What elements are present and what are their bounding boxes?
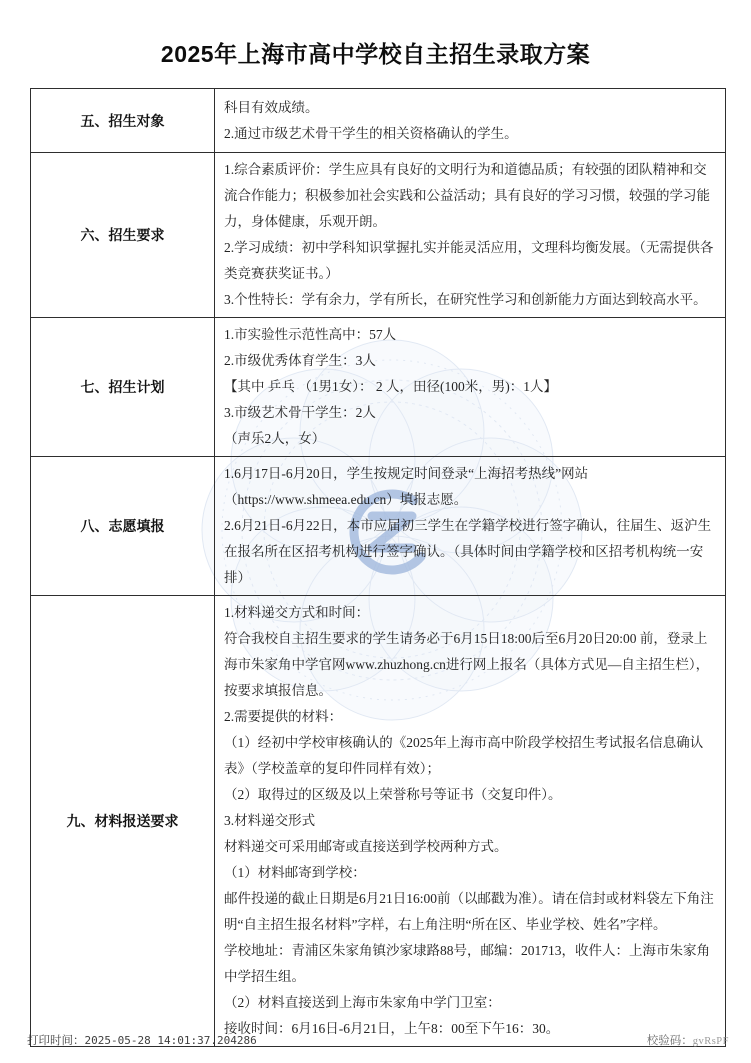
paragraph: 2.通过市级艺术骨干学生的相关资格确认的学生。 <box>224 121 719 147</box>
paragraph: 1.市实验性示范性高中：57人 <box>224 322 719 348</box>
paragraph: （https://www.shmeea.edu.cn）填报志愿。 <box>224 487 719 513</box>
row-content: 1.综合素质评价：学生应具有良好的文明行为和道德品质；有较强的团队精神和交流合作… <box>215 153 726 318</box>
print-time-value: 2025-05-28 14:01:37.204286 <box>85 1034 257 1047</box>
paragraph: 【其中 乒乓 （1男1女）： 2 人，田径(100米，男)：1人】 <box>224 374 719 400</box>
paragraph: 邮件投递的截止日期是6月21日16:00前（以邮戳为准）。请在信封或材料袋左下角… <box>224 886 719 938</box>
print-time: 打印时间：2025-05-28 14:01:37.204286 <box>27 1032 257 1048</box>
table-row-enrollment-targets: 五、招生对象 科目有效成绩。 2.通过市级艺术骨干学生的相关资格确认的学生。 <box>31 89 726 153</box>
page-title: 2025年上海市高中学校自主招生录取方案 <box>0 36 751 69</box>
table-row-enrollment-requirements: 六、招生要求 1.综合素质评价：学生应具有良好的文明行为和道德品质；有较强的团队… <box>31 153 726 318</box>
row-label: 五、招生对象 <box>31 89 215 153</box>
row-content: 科目有效成绩。 2.通过市级艺术骨干学生的相关资格确认的学生。 <box>215 89 726 153</box>
row-content: 1.6月17日-6月20日，学生按规定时间登录“上海招考热线”网站 （https… <box>215 457 726 596</box>
row-label: 八、志愿填报 <box>31 457 215 596</box>
checksum-label: 校验码： <box>647 1035 693 1047</box>
page-footer: 打印时间：2025-05-28 14:01:37.204286 校验码：gvRs… <box>0 1028 751 1052</box>
paragraph: 3.材料递交形式 <box>224 808 719 834</box>
admissions-plan-table: 五、招生对象 科目有效成绩。 2.通过市级艺术骨干学生的相关资格确认的学生。 六… <box>30 88 726 1047</box>
paragraph: 2.6月21日-6月22日，本市应届初三学生在学籍学校进行签字确认，往届生、返沪… <box>224 513 719 591</box>
paragraph: （声乐2人，女） <box>224 426 719 452</box>
table-row-material-submission: 九、材料报送要求 1.材料递交方式和时间： 符合我校自主招生要求的学生请务必于6… <box>31 596 726 1047</box>
paragraph: 3.市级艺术骨干学生：2人 <box>224 400 719 426</box>
paragraph: 学校地址：青浦区朱家角镇沙家埭路88号，邮编：201713，收件人：上海市朱家角… <box>224 938 719 990</box>
checksum: 校验码：gvRsPF <box>647 1032 729 1048</box>
paragraph: （1）材料邮寄到学校： <box>224 860 719 886</box>
checksum-value: gvRsPF <box>693 1036 729 1047</box>
paragraph: 2.需要提供的材料： <box>224 704 719 730</box>
paragraph: （2）取得过的区级及以上荣誉称号等证书（交复印件）。 <box>224 782 719 808</box>
paragraph: （1）经初中学校审核确认的《2025年上海市高中阶段学校招生考试报名信息确认表》… <box>224 730 719 782</box>
row-label: 七、招生计划 <box>31 318 215 457</box>
row-content: 1.市实验性示范性高中：57人 2.市级优秀体育学生：3人 【其中 乒乓 （1男… <box>215 318 726 457</box>
paragraph: （2）材料直接送到上海市朱家角中学门卫室： <box>224 990 719 1016</box>
paragraph: 符合我校自主招生要求的学生请务必于6月15日18:00后至6月20日20:00 … <box>224 626 719 704</box>
row-content: 1.材料递交方式和时间： 符合我校自主招生要求的学生请务必于6月15日18:00… <box>215 596 726 1047</box>
paragraph: 2.市级优秀体育学生：3人 <box>224 348 719 374</box>
paragraph: 科目有效成绩。 <box>224 95 719 121</box>
table-row-enrollment-plan: 七、招生计划 1.市实验性示范性高中：57人 2.市级优秀体育学生：3人 【其中… <box>31 318 726 457</box>
table-row-application-filing: 八、志愿填报 1.6月17日-6月20日，学生按规定时间登录“上海招考热线”网站… <box>31 457 726 596</box>
paragraph: 1.材料递交方式和时间： <box>224 600 719 626</box>
paragraph: 3.个性特长：学有余力，学有所长，在研究性学习和创新能力方面达到较高水平。 <box>224 287 719 313</box>
paragraph: 材料递交可采用邮寄或直接送到学校两种方式。 <box>224 834 719 860</box>
paragraph: 1.综合素质评价：学生应具有良好的文明行为和道德品质；有较强的团队精神和交流合作… <box>224 157 719 235</box>
print-time-label: 打印时间： <box>27 1035 85 1047</box>
row-label: 九、材料报送要求 <box>31 596 215 1047</box>
paragraph: 2.学习成绩：初中学科知识掌握扎实并能灵活应用，文理科均衡发展。（无需提供各类竞… <box>224 235 719 287</box>
row-label: 六、招生要求 <box>31 153 215 318</box>
paragraph: 1.6月17日-6月20日，学生按规定时间登录“上海招考热线”网站 <box>224 461 719 487</box>
